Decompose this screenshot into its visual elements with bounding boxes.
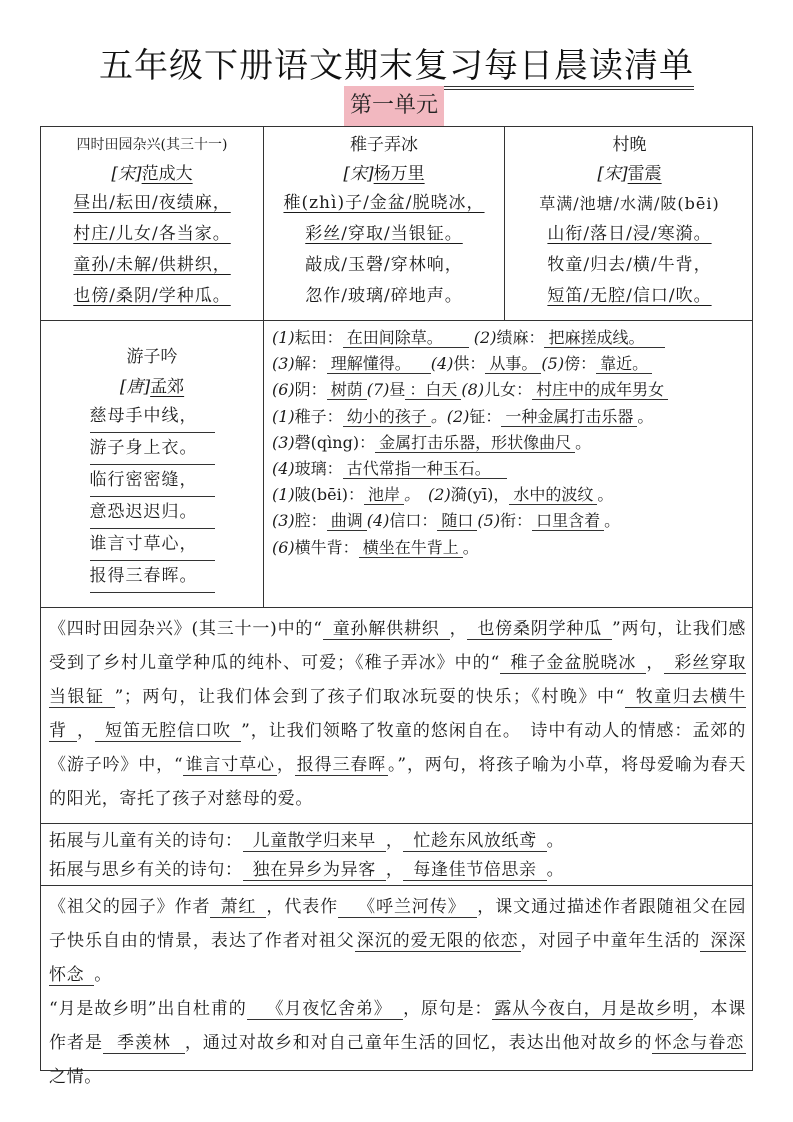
- separator: 。: [547, 831, 565, 851]
- note-answer: ：白天: [405, 380, 461, 400]
- poem-author: 孟郊: [150, 377, 184, 397]
- fill-blank: 萧红: [210, 897, 266, 918]
- para-text: 之情。: [49, 1067, 102, 1087]
- note-num: (1): [272, 407, 295, 426]
- note-num: (6): [272, 380, 295, 399]
- poem-title: 四时田园杂兴(其三十一): [41, 130, 263, 160]
- poem-line: 稚(zhì)子/金盆/脱晓冰，: [264, 188, 504, 219]
- note-line: (3)腔：曲调(4)信口：随口(5)衔：口里含着。: [272, 508, 754, 534]
- note-answer: 在田间除草。: [343, 328, 469, 348]
- note-line: (6)横牛背：横坐在牛背上。: [272, 535, 754, 561]
- fill-blank: 短笛无腔信口吹: [95, 721, 241, 742]
- note-term: 傍：: [564, 354, 596, 373]
- note-term: 钲：: [469, 407, 501, 426]
- poem-author-line: [宋]雷震: [505, 160, 754, 188]
- note-term: 供：: [453, 354, 485, 373]
- fill-blank: 季羡林: [103, 1033, 185, 1054]
- summary-paragraph: 《四时田园杂兴》(其三十一)中的“童孙解供耕织，也傍桑阴学种瓜”两句，让我们感受…: [41, 608, 752, 816]
- para-text: 《祖父的园子》作者: [49, 897, 210, 917]
- note-term: 耘田：: [295, 328, 343, 347]
- note-num: (1): [272, 328, 295, 347]
- poem-author-line: [宋]范成大: [41, 160, 263, 188]
- note-num: (1): [272, 485, 295, 504]
- note-term: 磬(qìng)：: [295, 433, 375, 452]
- poem-line: 游子身上衣。: [90, 433, 215, 465]
- summary-text: ，: [646, 653, 664, 673]
- note-num: 。 (2): [404, 485, 451, 504]
- para-text: ，通过对故乡和对自己童年生活的回忆，表达出他对故乡的: [185, 1033, 653, 1053]
- note-term: 绩麻：: [496, 328, 544, 347]
- word-notes: (1)耘田：在田间除草。 (2)绩麻：把麻搓成线。 (3)解：理解懂得。(4)供…: [264, 321, 754, 607]
- poem-card-cunwan: 村晚 [宋]雷震 草满/池塘/水满/陂(bēi) 山衔/落日/浸/寒漪。 牧童/…: [505, 127, 754, 320]
- summary-text: ”；两句，让我们体会到了孩子们取冰玩耍的快乐；《村晚》中“: [115, 687, 625, 707]
- separator: 。: [547, 860, 565, 880]
- para-text: “月是故乡明”出自杜甫的: [49, 999, 247, 1019]
- note-num: 。(2): [431, 407, 470, 426]
- poem-title: 村晚: [505, 130, 754, 160]
- summary-text: ，: [277, 755, 295, 775]
- fill-blank: 报得三春晖: [295, 755, 388, 776]
- note-term: 阴：: [295, 380, 327, 399]
- poem-line: 草满/池塘/水满/陂(bēi): [505, 188, 754, 219]
- note-answer: 口里含着: [532, 511, 604, 531]
- note-num: (3): [272, 511, 295, 530]
- note-term: 儿女：: [484, 380, 532, 399]
- poem-dynasty: [宋]: [343, 164, 373, 184]
- fill-blank: 儿童散学归来早: [243, 831, 386, 852]
- extension-paragraph: 拓展与儿童有关的诗句：儿童散学归来早，忙趁东风放纸鸢。 拓展与思乡有关的诗句：独…: [41, 824, 752, 885]
- separator: ，: [386, 860, 404, 880]
- poem-line: 忽作/玻璃/碎地声。: [264, 281, 504, 312]
- fill-blank: 怀念与眷恋: [652, 1033, 746, 1054]
- poem-line: 谁言寸草心，: [90, 529, 215, 561]
- note-term: 稚子：: [295, 407, 343, 426]
- note-term: 漪(yī)，: [451, 485, 510, 504]
- poem-title: 稚子弄冰: [264, 130, 504, 160]
- note-num: (8): [461, 380, 484, 399]
- poem-line: 意恐迟迟归。: [90, 497, 215, 529]
- poem-card-zhizi: 稚子弄冰 [宋]杨万里 稚(zhì)子/金盆/脱晓冰， 彩丝/穿取/当银钲。 敲…: [264, 127, 505, 320]
- poem-dynasty: [宋]: [111, 164, 141, 184]
- grandfather-garden-text: 《祖父的园子》作者萧红，代表作《呼兰河传》，课文通过描述作者跟随祖父在园子快乐自…: [49, 890, 746, 992]
- note-term: 解：: [295, 354, 327, 373]
- note-answer: 曲调: [327, 511, 367, 531]
- poem-dynasty: [宋]: [597, 164, 627, 184]
- poem-line: 也傍/桑阴/学种瓜。: [41, 281, 263, 312]
- poem-line: 昼出/耘田/夜绩麻，: [41, 188, 263, 219]
- note-answer: 池岸: [364, 485, 404, 505]
- poem-line: 慈母手中线，: [90, 401, 215, 433]
- summary-text: 《四时田园杂兴》(其三十一)中的“: [49, 619, 323, 639]
- note-answer: 从事。: [485, 354, 541, 374]
- poem-author: 杨万里: [374, 164, 425, 184]
- summary-text: ，: [450, 619, 468, 639]
- poem-author: 雷震: [628, 164, 662, 184]
- note-answer: 横坐在牛背上: [359, 538, 463, 558]
- note-answer: 幼小的孩子: [343, 407, 431, 427]
- note-num: (4): [367, 511, 390, 530]
- extension-label: 拓展与思乡有关的诗句：: [49, 860, 243, 880]
- fill-blank: 童孙解供耕织: [323, 619, 450, 640]
- notes-row: 游子吟 [唐]孟郊 慈母手中线， 游子身上衣。 临行密密缝， 意恐迟迟归。 谁言…: [41, 321, 752, 608]
- note-answer: 古代常指一种玉石。: [343, 459, 507, 479]
- separator: ，: [386, 831, 404, 851]
- poem-author: 范成大: [142, 164, 193, 184]
- poem-line: 敲成/玉磬/穿林响，: [264, 250, 504, 281]
- poem-line: 报得三春晖。: [90, 561, 215, 593]
- note-answer: 靠近。: [596, 354, 652, 374]
- unit-badge: 第一单元: [344, 86, 444, 126]
- note-line: (4)玻璃：古代常指一种玉石。: [272, 456, 754, 482]
- note-num: (4): [272, 459, 295, 478]
- poem-author-line: [宋]杨万里: [264, 160, 504, 188]
- title-plain: 五年级下册语文: [99, 46, 344, 86]
- note-answer: 理解懂得。: [327, 354, 431, 374]
- fill-blank: 独在异乡为异客: [243, 860, 386, 881]
- poem-title: 游子吟: [41, 341, 263, 373]
- note-term: 玻璃：: [295, 459, 343, 478]
- authors-paragraph: 《祖父的园子》作者萧红，代表作《呼兰河传》，课文通过描述作者跟随祖父在园子快乐自…: [41, 886, 752, 1094]
- note-answer: 村庄中的成年男女: [532, 380, 668, 400]
- summary-text: ，: [77, 721, 95, 741]
- para-text: ，原句是：: [403, 999, 492, 1019]
- poems-row: 四时田园杂兴(其三十一) [宋]范成大 昼出/耘田/夜绩麻， 村庄/儿女/各当家…: [41, 127, 752, 321]
- fill-blank: 也傍桑阴学种瓜: [467, 619, 612, 640]
- fill-blank: 《月夜忆舍弟》: [247, 999, 403, 1020]
- poem-author-line: [唐]孟郊: [41, 373, 263, 401]
- fill-blank: 谁言寸草心: [183, 755, 277, 776]
- note-term: 昼: [389, 380, 405, 399]
- note-answer: 随口: [437, 511, 477, 531]
- note-term: 横牛背：: [295, 538, 359, 557]
- note-num: (5): [477, 511, 500, 530]
- fill-blank: 露从今夜白，月是故乡明: [492, 999, 692, 1020]
- note-answer: 水中的波纹: [509, 485, 597, 505]
- poem-line: 短笛/无腔/信口/吹。: [505, 281, 754, 312]
- note-line: (1)稚子：幼小的孩子。(2)钲：一种金属打击乐器。: [272, 404, 754, 430]
- note-num: (3): [272, 354, 295, 373]
- para-text: 。: [94, 965, 112, 985]
- note-line: (6)阴：树荫(7)昼：白天(8)儿女：村庄中的成年男女: [272, 377, 754, 403]
- fill-blank: 深沉的爱无限的依恋: [355, 931, 521, 952]
- note-answer: 一种金属打击乐器: [501, 407, 637, 427]
- poem-line: 彩丝/穿取/当银钲。: [264, 219, 504, 250]
- moon-hometown-text: “月是故乡明”出自杜甫的《月夜忆舍弟》，原句是：露从今夜白，月是故乡明，本课作者…: [49, 992, 746, 1094]
- poem-line: 山衔/落日/浸/寒漪。: [505, 219, 754, 250]
- extension-child-line: 拓展与儿童有关的诗句：儿童散学归来早，忙趁东风放纸鸢。: [49, 827, 746, 856]
- poem-card-youziyin: 游子吟 [唐]孟郊 慈母手中线， 游子身上衣。 临行密密缝， 意恐迟迟归。 谁言…: [41, 321, 264, 607]
- note-num: (3): [272, 433, 295, 452]
- extension-row: 拓展与儿童有关的诗句：儿童散学归来早，忙趁东风放纸鸢。 拓展与思乡有关的诗句：独…: [41, 824, 752, 886]
- note-term: 腔：: [295, 511, 327, 530]
- note-line: (3)解：理解懂得。(4)供：从事。(5)傍：靠近。: [272, 351, 754, 377]
- note-answer: 树荫: [327, 380, 367, 400]
- extension-home-line: 拓展与思乡有关的诗句：独在异乡为异客，每逢佳节倍思亲。: [49, 856, 746, 885]
- note-num: (4): [431, 354, 454, 373]
- note-num: (5): [541, 354, 564, 373]
- review-sheet-table: 四时田园杂兴(其三十一) [宋]范成大 昼出/耘田/夜绩麻， 村庄/儿女/各当家…: [40, 126, 753, 1071]
- summary-row: 《四时田园杂兴》(其三十一)中的“童孙解供耕织，也傍桑阴学种瓜”两句，让我们感受…: [41, 608, 752, 824]
- page-title: 五年级下册语文期末复习每日晨读清单: [0, 44, 793, 88]
- note-num: (7): [367, 380, 390, 399]
- note-term: 衔：: [500, 511, 532, 530]
- extension-label: 拓展与儿童有关的诗句：: [49, 831, 243, 851]
- fill-blank: 稚子金盆脱晓冰: [500, 653, 646, 674]
- poem-line: 童孙/未解/供耕织，: [41, 250, 263, 281]
- title-underlined: 期末复习每日晨读清单: [344, 46, 694, 90]
- note-term: 信口：: [389, 511, 437, 530]
- note-answer: 金属打击乐器，形状像曲尺: [375, 433, 575, 453]
- para-text: ，代表作: [266, 897, 338, 917]
- poem-line: 牧童/归去/横/牛背，: [505, 250, 754, 281]
- poem-line: 临行密密缝，: [90, 465, 215, 497]
- poem-line: 村庄/儿女/各当家。: [41, 219, 263, 250]
- fill-blank: 每逢佳节倍思亲: [403, 860, 546, 881]
- para-text: ，对园子中童年生活的: [521, 931, 701, 951]
- note-line: (1)陂(bēi)：池岸。 (2)漪(yī)，水中的波纹。: [272, 482, 754, 508]
- note-line: (3)磬(qìng)：金属打击乐器，形状像曲尺。: [272, 430, 754, 456]
- poem-card-sishi: 四时田园杂兴(其三十一) [宋]范成大 昼出/耘田/夜绩麻， 村庄/儿女/各当家…: [41, 127, 264, 320]
- note-answer: 把麻搓成线。: [544, 328, 664, 348]
- authors-row: 《祖父的园子》作者萧红，代表作《呼兰河传》，课文通过描述作者跟随祖父在园子快乐自…: [41, 886, 752, 1071]
- note-num: (2): [474, 328, 497, 347]
- note-term: 陂(bēi)：: [295, 485, 364, 504]
- note-line: (1)耘田：在田间除草。 (2)绩麻：把麻搓成线。: [272, 325, 754, 351]
- note-num: (6): [272, 538, 295, 557]
- poem-dynasty: [唐]: [120, 377, 150, 397]
- fill-blank: 《呼兰河传》: [338, 897, 477, 918]
- fill-blank: 忙趁东风放纸鸢: [403, 831, 546, 852]
